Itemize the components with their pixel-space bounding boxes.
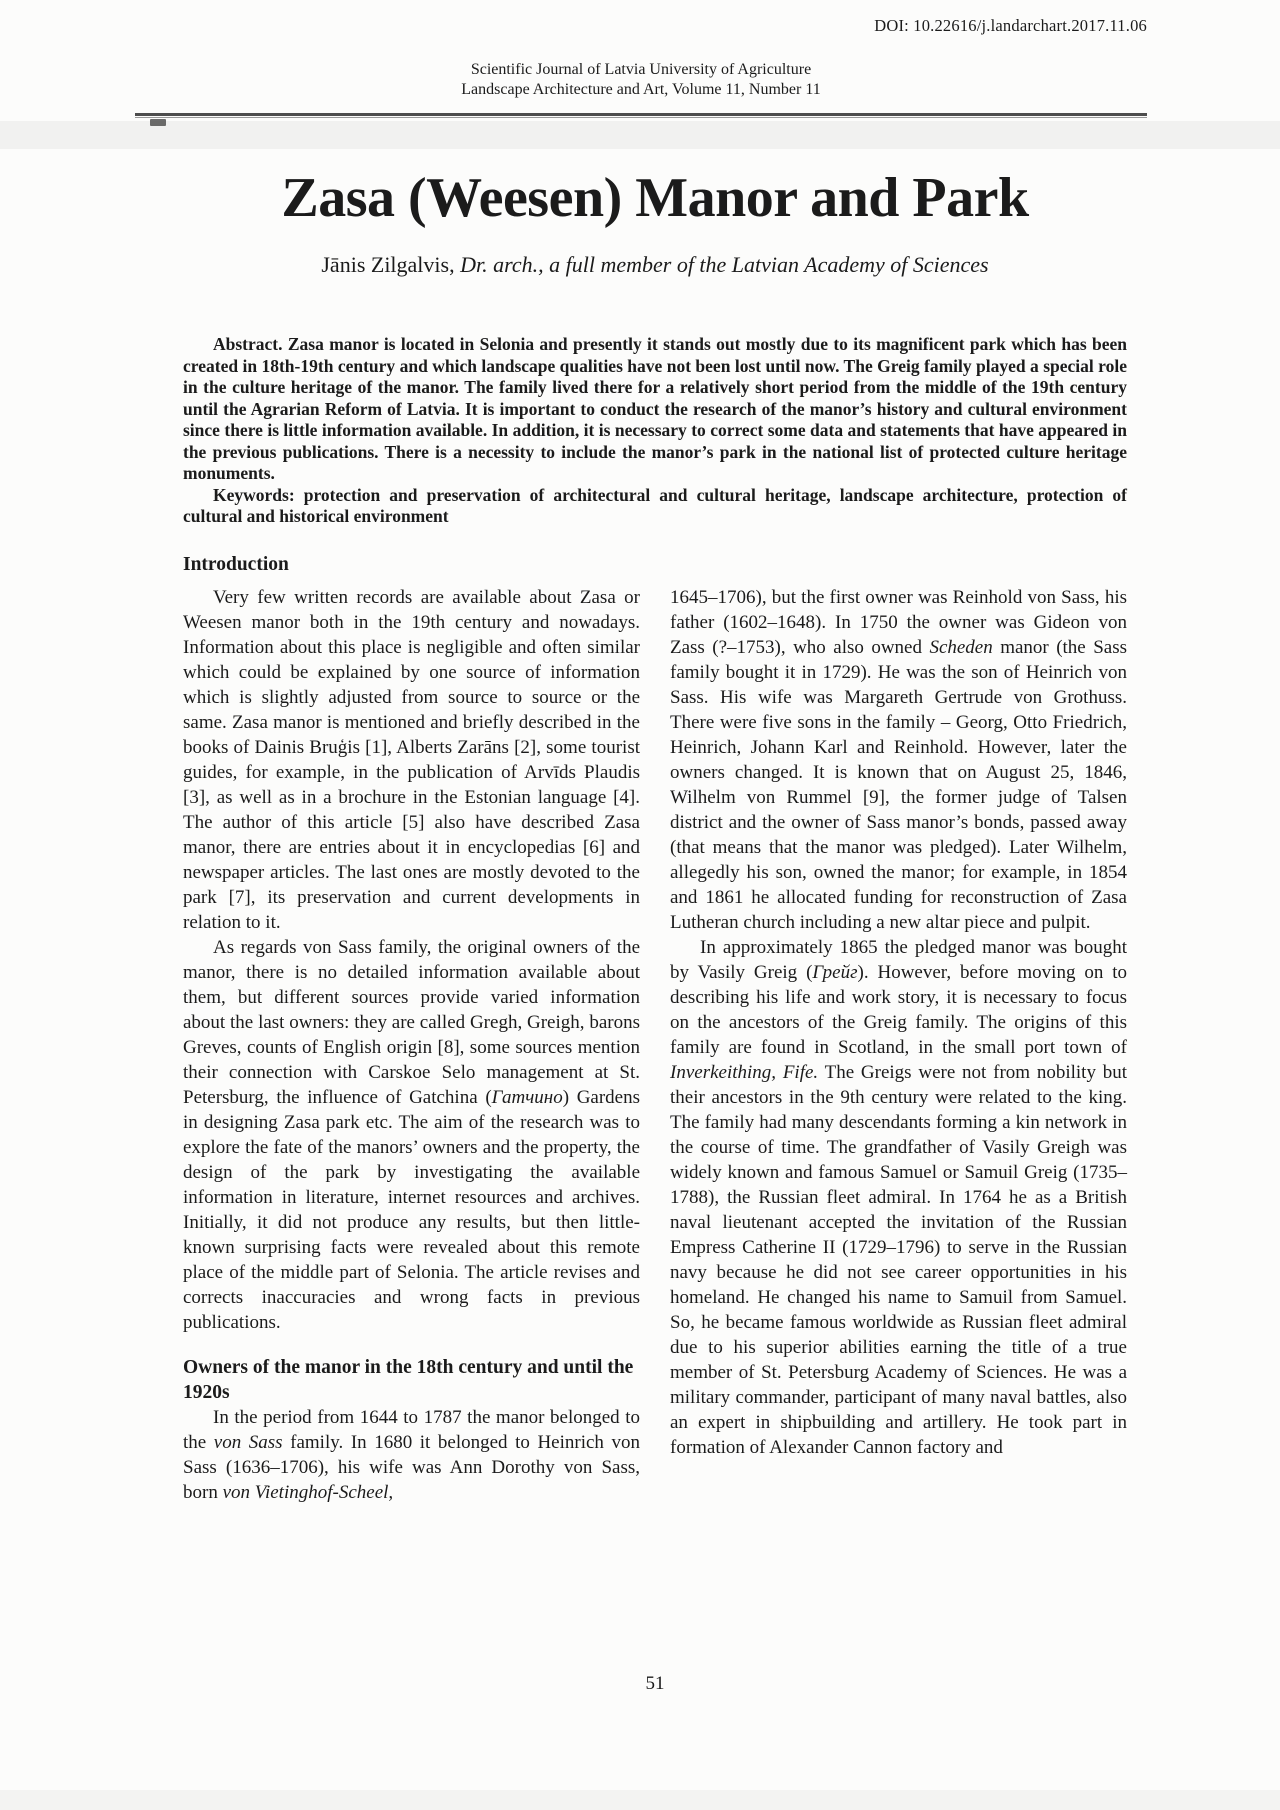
two-column-body: Introduction Very few written records ar… [183,552,1127,1505]
scan-artifact-band-bottom [0,1790,1280,1810]
section-heading-introduction: Introduction [183,552,640,578]
page-number: 51 [183,1672,1127,1696]
page-header: DOI: 10.22616/j.landarchart.2017.11.06 S… [135,0,1147,118]
scanned-paper-page: DOI: 10.22616/j.landarchart.2017.11.06 S… [0,0,1280,1810]
abstract-paragraph: Abstract. Zasa manor is located in Selon… [183,334,1127,485]
owners-paragraph-1: In the period from 1644 to 1787 the mano… [183,1405,640,1505]
author-name: Jānis Zilgalvis, [321,252,454,277]
continuation-paragraph: 1645–1706), but the first owner was Rein… [670,585,1127,935]
intro-paragraph-1: Very few written records are available a… [183,585,640,935]
abstract-label: Abstract. [213,334,283,354]
abstract-text: Zasa manor is located in Selonia and pre… [183,334,1127,483]
keywords-label: Keywords: [213,485,295,505]
right-column: 1645–1706), but the first owner was Rein… [670,552,1127,1505]
author-line: Jānis Zilgalvis, Dr. arch., a full membe… [183,252,1127,278]
section-heading-owners: Owners of the manor in the 18th century … [183,1355,640,1405]
greig-paragraph: In approximately 1865 the pledged manor … [670,935,1127,1460]
doi-text: DOI: 10.22616/j.landarchart.2017.11.06 [135,16,1147,36]
article-title: Zasa (Weesen) Manor and Park [183,168,1127,228]
author-credentials: Dr. arch., a full member of the Latvian … [455,252,989,277]
keywords-text: protection and preservation of architect… [183,485,1127,527]
keywords-paragraph: Keywords: protection and preservation of… [183,485,1127,528]
left-column: Introduction Very few written records ar… [183,552,640,1505]
journal-line-1: Scientific Journal of Latvia University … [135,60,1147,80]
abstract-block: Abstract. Zasa manor is located in Selon… [183,334,1127,528]
journal-header: Scientific Journal of Latvia University … [135,60,1147,100]
intro-paragraph-2: As regards von Sass family, the original… [183,935,640,1335]
header-rule [135,113,1147,118]
scan-artifact-band [0,121,1280,149]
page-content: Zasa (Weesen) Manor and Park Jānis Zilga… [183,168,1127,1505]
journal-line-2: Landscape Architecture and Art, Volume 1… [135,80,1147,100]
scan-artifact-speck [150,119,166,126]
